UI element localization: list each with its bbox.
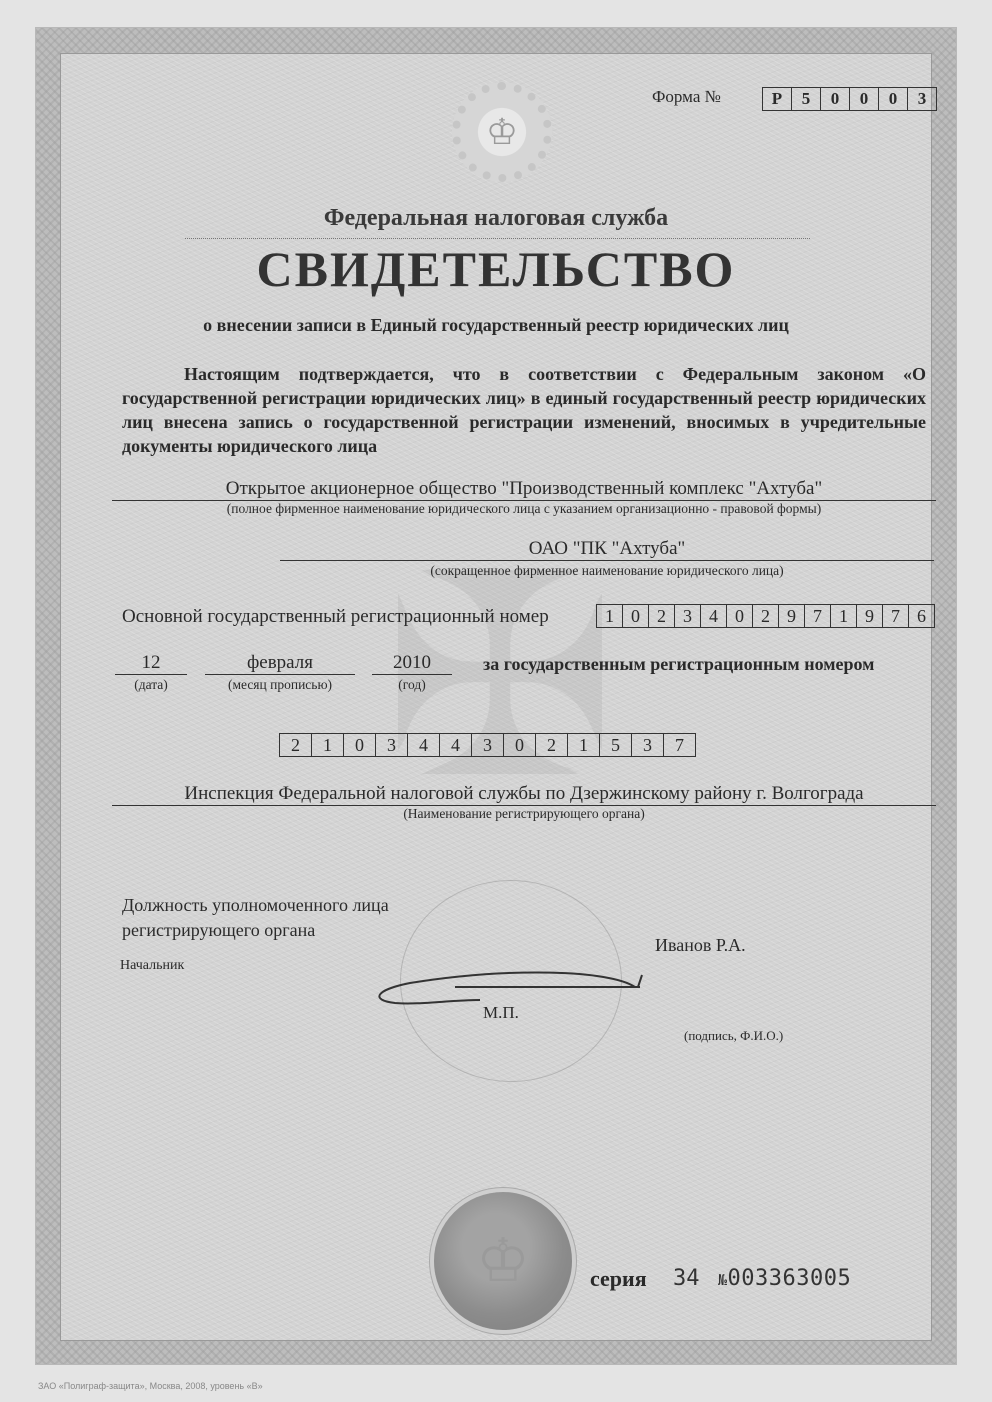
grn-cell: 1 xyxy=(567,734,599,756)
entity-short-name-caption: (сокращенное фирменное наименование юрид… xyxy=(280,563,934,579)
form-number-cell: 5 xyxy=(791,88,820,110)
ogrn-cell: 7 xyxy=(882,605,908,627)
eagle-emblem-icon: ♔ xyxy=(452,82,552,182)
grn-cell: 0 xyxy=(343,734,375,756)
agency-name: Федеральная налоговая служба xyxy=(0,205,992,232)
hologram-seal-icon: ♔ xyxy=(434,1192,572,1330)
number-sign: № xyxy=(718,1271,728,1289)
ogrn-cell: 2 xyxy=(648,605,674,627)
grn-cell: 7 xyxy=(663,734,695,756)
registering-authority-caption: (Наименование регистрирующего органа) xyxy=(112,806,936,822)
form-number-cell: 0 xyxy=(849,88,878,110)
serial-number: №003363005 xyxy=(718,1266,851,1291)
form-number-cell: 3 xyxy=(907,88,936,110)
signature-caption: (подпись, Ф.И.О.) xyxy=(684,1028,783,1044)
grn-cell: 3 xyxy=(471,734,503,756)
ogrn-cells: 1023402971976 xyxy=(596,604,935,628)
ogrn-cell: 1 xyxy=(597,605,622,627)
document-title: СВИДЕТЕЛЬСТВО xyxy=(0,240,992,298)
grn-label: за государственным регистрационным номер… xyxy=(483,654,874,675)
ogrn-cell: 7 xyxy=(804,605,830,627)
divider xyxy=(185,238,810,239)
stamp-place-label: М.П. xyxy=(483,1003,519,1023)
date-year: 2010 xyxy=(372,652,452,675)
grn-cell: 3 xyxy=(375,734,407,756)
entity-full-name: Открытое акционерное общество "Производс… xyxy=(112,478,936,501)
ogrn-cell: 0 xyxy=(622,605,648,627)
grn-cell: 0 xyxy=(503,734,535,756)
date-day: 12 xyxy=(115,652,187,675)
signer-name: Иванов Р.А. xyxy=(655,935,746,956)
printer-imprint: ЗАО «Полиграф-защита», Москва, 2008, уро… xyxy=(38,1381,263,1391)
form-number-cell: 0 xyxy=(878,88,907,110)
form-number-label: Форма № xyxy=(652,87,721,107)
ogrn-cell: 4 xyxy=(700,605,726,627)
grn-cell: 2 xyxy=(535,734,567,756)
grn-cells: 2103443021537 xyxy=(279,733,696,757)
ogrn-cell: 9 xyxy=(856,605,882,627)
grn-cell: 5 xyxy=(599,734,631,756)
series-value: 34 xyxy=(673,1266,700,1291)
position-value: Начальник xyxy=(120,958,184,974)
grn-cell: 2 xyxy=(280,734,311,756)
ogrn-cell: 6 xyxy=(908,605,934,627)
entity-full-name-caption: (полное фирменное наименование юридическ… xyxy=(112,501,936,517)
form-number-cell: Р xyxy=(763,88,791,110)
ogrn-cell: 2 xyxy=(752,605,778,627)
ogrn-cell: 0 xyxy=(726,605,752,627)
registering-authority: Инспекция Федеральной налоговой службы п… xyxy=(112,783,936,806)
series-label: серия xyxy=(590,1266,647,1292)
form-number-cell: 0 xyxy=(820,88,849,110)
ogrn-cell: 1 xyxy=(830,605,856,627)
certification-paragraph: Настоящим подтверждается, что в соответс… xyxy=(122,362,926,458)
grn-cell: 3 xyxy=(631,734,663,756)
date-month-caption: (месяц прописью) xyxy=(205,677,355,693)
grn-cell: 4 xyxy=(407,734,439,756)
position-label: Должность уполномоченного лица регистрир… xyxy=(122,893,402,943)
date-day-caption: (дата) xyxy=(115,677,187,693)
ogrn-cell: 3 xyxy=(674,605,700,627)
grn-cell: 4 xyxy=(439,734,471,756)
handwritten-signature-icon xyxy=(370,965,670,1025)
date-month: февраля xyxy=(205,652,355,675)
ogrn-cell: 9 xyxy=(778,605,804,627)
form-number-cells: Р50003 xyxy=(762,87,937,111)
serial-number-value: 003363005 xyxy=(728,1266,852,1291)
document-subtitle: о внесении записи в Единый государственн… xyxy=(0,315,992,336)
grn-cell: 1 xyxy=(311,734,343,756)
date-year-caption: (год) xyxy=(372,677,452,693)
entity-short-name: ОАО "ПК "Ахтуба" xyxy=(280,538,934,561)
ogrn-label: Основной государственный регистрационный… xyxy=(122,606,549,628)
